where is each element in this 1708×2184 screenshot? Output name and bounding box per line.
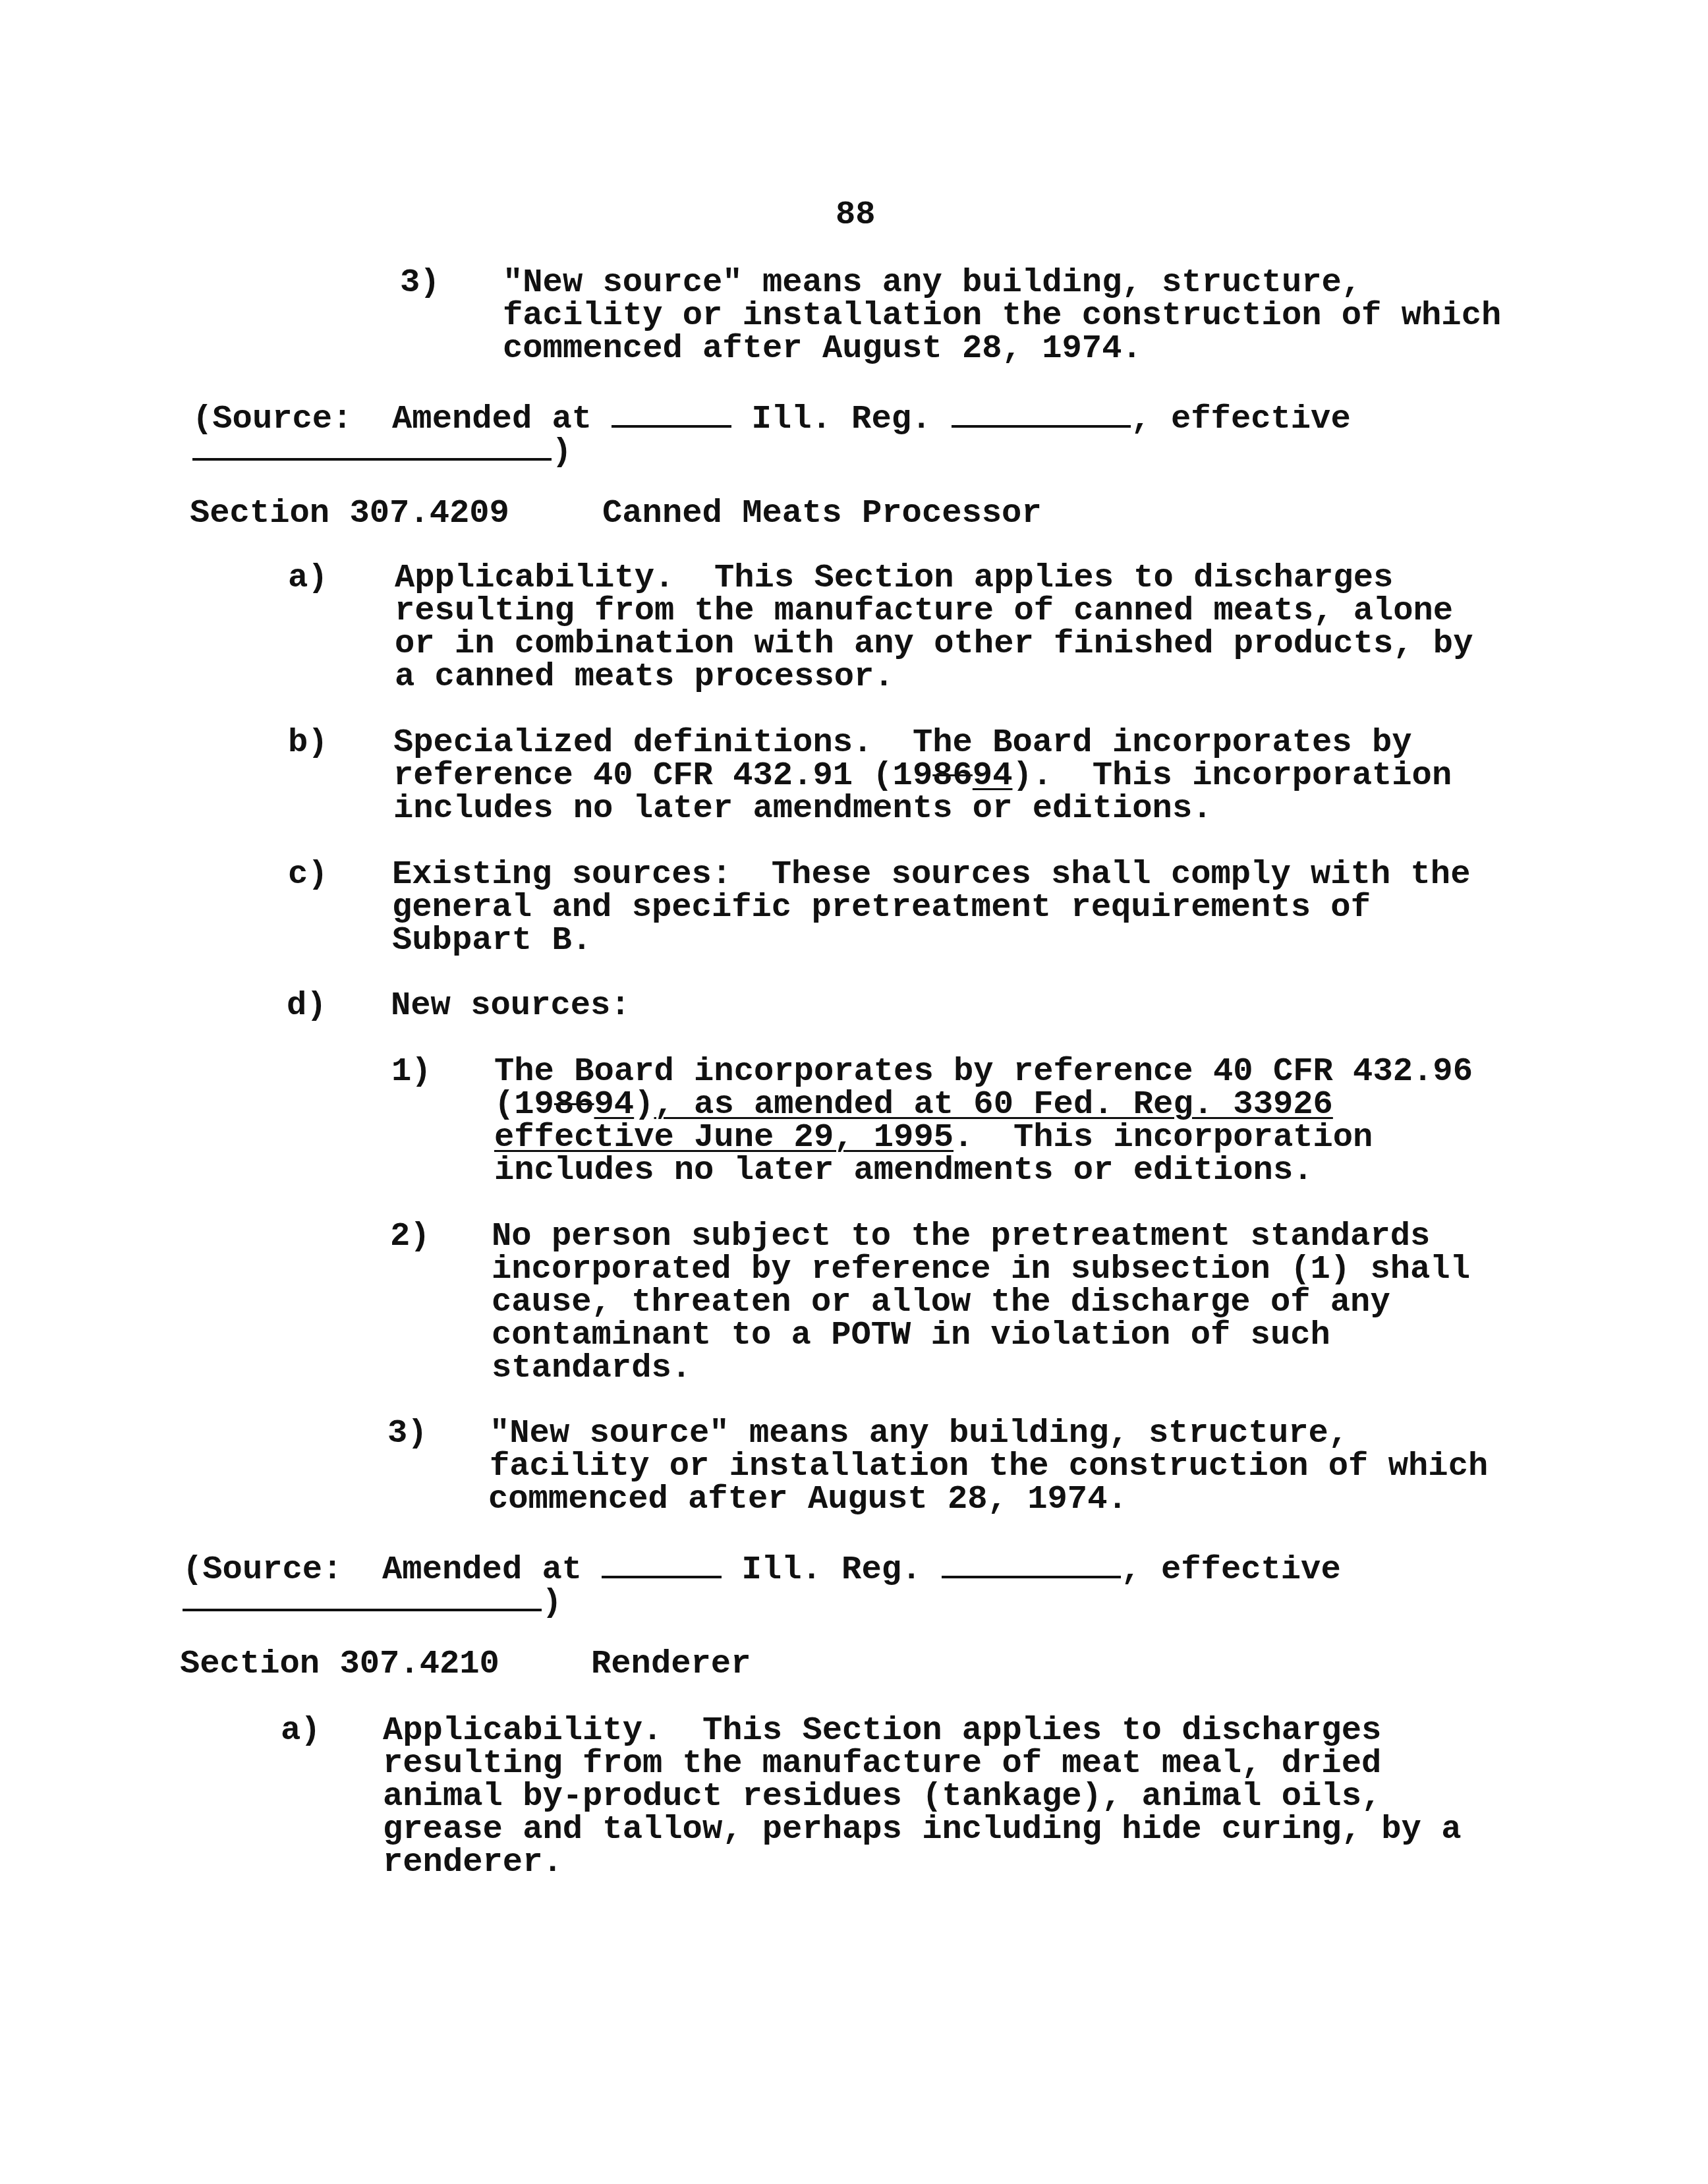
section-title: Canned Meats Processor [602, 498, 1042, 531]
page-blank [952, 399, 1131, 428]
section-number: Section 307.4209 [190, 498, 509, 531]
item-marker: d) [287, 990, 327, 1023]
source-mid: Ill. Reg. [752, 401, 932, 438]
item-text-line: incorporated by reference in subsection … [492, 1253, 1470, 1286]
item-text-line: Subpart B. [392, 925, 592, 958]
inserted-text: 94 [594, 1086, 635, 1124]
source-note-line-2: ) [192, 432, 572, 469]
deleted-text: 86 [554, 1086, 594, 1124]
item-text-line: or in combination with any other finishe… [395, 628, 1473, 661]
item-text-line: Specialized definitions. The Board incor… [393, 727, 1412, 760]
deleted-text: 86 [932, 757, 973, 795]
item-text-line: facility or installation the constructio… [503, 300, 1501, 333]
item-marker: b) [288, 727, 328, 760]
page-blank [942, 1549, 1122, 1578]
source-suffix: , effective [1121, 1551, 1340, 1589]
item-marker: a) [288, 562, 328, 595]
inserted-text: , as amended at 60 Fed. Reg. 33926 [654, 1086, 1332, 1124]
item-text-line: animal by-product residues (tankage), an… [383, 1781, 1381, 1814]
item-text-line: renderer. [383, 1847, 563, 1880]
inserted-text: effective June 29, 1995 [494, 1119, 954, 1157]
item-label: New sources: [391, 990, 631, 1023]
item-text-line: commenced after August 28, 1974. [488, 1483, 1127, 1516]
effective-date-blank [183, 1582, 542, 1611]
text: reference 40 CFR 432.91 (19 [393, 757, 932, 795]
source-close: ) [542, 1584, 561, 1622]
item-text-line: Existing sources: These sources shall co… [392, 859, 1470, 892]
item-marker: 3) [387, 1418, 428, 1451]
item-text-line: facility or installation the constructio… [490, 1451, 1488, 1483]
source-note-line-1: (Source: Amended at Ill. Reg. , effectiv… [183, 1549, 1341, 1587]
item-text-line: reference 40 CFR 432.91 (198694). This i… [393, 760, 1452, 793]
item-marker: 3) [400, 267, 440, 300]
source-note-line-1: (Source: Amended at Ill. Reg. , effectiv… [192, 399, 1351, 436]
item-text-line: No person subject to the pretreatment st… [492, 1221, 1430, 1253]
text: ). This incorporation [1012, 757, 1452, 795]
item-marker: c) [288, 859, 328, 892]
item-text-line: (198694), as amended at 60 Fed. Reg. 339… [494, 1089, 1333, 1122]
effective-date-blank [192, 432, 552, 461]
item-text-line: includes no later amendments or editions… [494, 1155, 1313, 1188]
item-text-line: includes no later amendments or editions… [393, 793, 1212, 826]
page-number: 88 [836, 199, 876, 232]
text: (19 [494, 1086, 554, 1124]
section-number: Section 307.4210 [180, 1648, 499, 1681]
source-mid: Ill. Reg. [742, 1551, 922, 1589]
text: ) [634, 1086, 654, 1124]
inserted-text: 94 [973, 757, 1013, 795]
source-suffix: , effective [1131, 401, 1350, 438]
item-text-line: general and specific pretreatment requir… [392, 892, 1371, 925]
volume-blank [612, 399, 731, 428]
item-text-line: a canned meats processor. [395, 661, 894, 694]
item-marker: 2) [390, 1221, 430, 1253]
text: . This incorporation [954, 1119, 1373, 1157]
section-title: Renderer [591, 1648, 751, 1681]
item-marker: a) [281, 1715, 321, 1748]
item-text-line: Applicability. This Section applies to d… [383, 1715, 1381, 1748]
item-marker: 1) [391, 1056, 432, 1089]
volume-blank [602, 1549, 722, 1578]
item-text-line: Applicability. This Section applies to d… [395, 562, 1393, 595]
item-text-line: "New source" means any building, structu… [490, 1418, 1348, 1451]
source-close: ) [552, 434, 571, 471]
item-text-line: commenced after August 28, 1974. [503, 333, 1142, 366]
item-text-line: resulting from the manufacture of meat m… [383, 1748, 1381, 1781]
item-text-line: resulting from the manufacture of canned… [395, 595, 1453, 628]
item-text-line: "New source" means any building, structu… [503, 267, 1361, 300]
source-note-line-2: ) [183, 1582, 562, 1620]
item-text-line: contaminant to a POTW in violation of su… [492, 1319, 1330, 1352]
item-text-line: cause, threaten or allow the discharge o… [492, 1286, 1390, 1319]
item-text-line: effective June 29, 1995. This incorporat… [494, 1122, 1373, 1155]
item-text-line: The Board incorporates by reference 40 C… [494, 1056, 1473, 1089]
item-text-line: standards. [492, 1352, 691, 1385]
item-text-line: grease and tallow, perhaps including hid… [383, 1814, 1461, 1847]
